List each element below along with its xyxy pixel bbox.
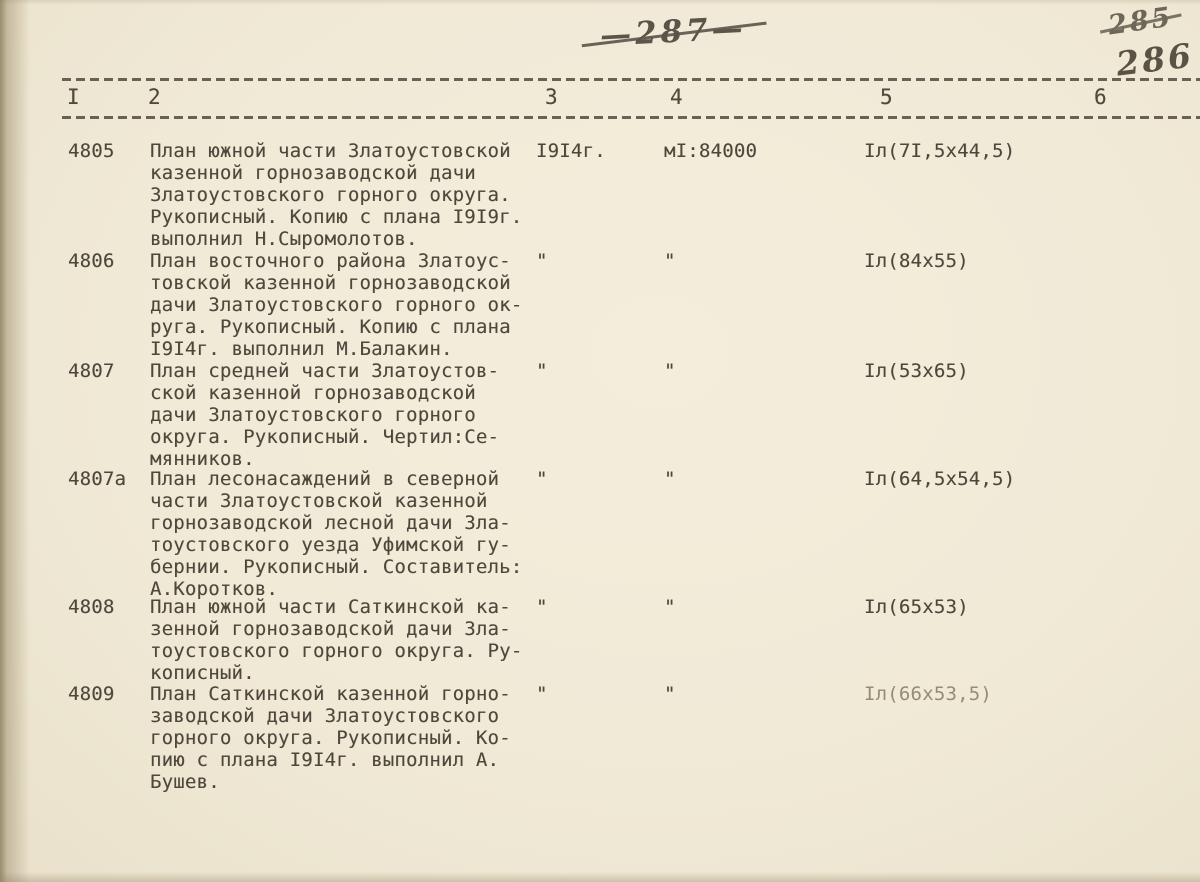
column-header-3: 3: [545, 85, 558, 109]
row-scale: мI:84000: [664, 140, 757, 162]
scanned-archive-page: —287— 285 286 I 2 3 4 5 6 4805 План южно…: [0, 0, 1200, 882]
row-size: Iл(84х55): [864, 250, 969, 272]
row-description: План южной части Саткинской ка- зенной г…: [150, 596, 522, 684]
row-date: I9I4г.: [536, 140, 606, 162]
row-description: План южной части Златоустовской казенной…: [150, 140, 522, 250]
table-header-rule-top: [62, 78, 1200, 81]
row-id: 4807: [68, 360, 115, 382]
page-edge-bottom: [0, 872, 1200, 882]
column-header-2: 2: [148, 85, 161, 109]
row-size: Iл(7I,5х44,5): [864, 140, 1015, 162]
row-description: План Саткинской казенной горно- заводско…: [150, 683, 511, 793]
handwritten-struck-corner-number: 285: [1104, 1, 1177, 41]
row-id: 4807а: [68, 468, 126, 490]
row-date-ditto: ": [536, 250, 548, 272]
column-header-5: 5: [880, 85, 893, 109]
column-header-1: I: [67, 85, 80, 109]
row-date-ditto: ": [536, 360, 548, 382]
row-date-ditto: ": [536, 468, 548, 490]
row-scale-ditto: ": [664, 683, 676, 705]
handwritten-page-number: 286: [1114, 35, 1196, 83]
row-id: 4809: [68, 683, 115, 705]
column-header-4: 4: [670, 85, 683, 109]
row-size: Iл(53х65): [864, 360, 969, 382]
row-size-faded: Iл(66х53,5): [864, 683, 992, 705]
column-header-6: 6: [1094, 85, 1107, 109]
row-id: 4805: [68, 140, 115, 162]
page-edge-top: [0, 0, 1200, 5]
row-date-ditto: ": [536, 683, 548, 705]
row-scale-ditto: ": [664, 468, 676, 490]
table-header-rule-bottom: [62, 116, 1200, 119]
page-gutter-shadow: [0, 0, 30, 882]
row-scale-ditto: ": [664, 596, 676, 618]
row-scale-ditto: ": [664, 360, 676, 382]
row-id: 4806: [68, 250, 115, 272]
row-size: Iл(64,5х54,5): [864, 468, 1015, 490]
row-scale-ditto: ": [664, 250, 676, 272]
row-description: План лесонасаждений в северной части Зла…: [150, 468, 522, 600]
row-size: Iл(65х53): [864, 596, 969, 618]
row-date-ditto: ": [536, 596, 548, 618]
handwritten-struck-page-number: —287—: [595, 10, 751, 54]
row-description: План восточного района Златоус- товской …: [150, 250, 522, 360]
row-description: План средней части Златоустов- ской казе…: [150, 360, 499, 470]
row-id: 4808: [68, 596, 115, 618]
